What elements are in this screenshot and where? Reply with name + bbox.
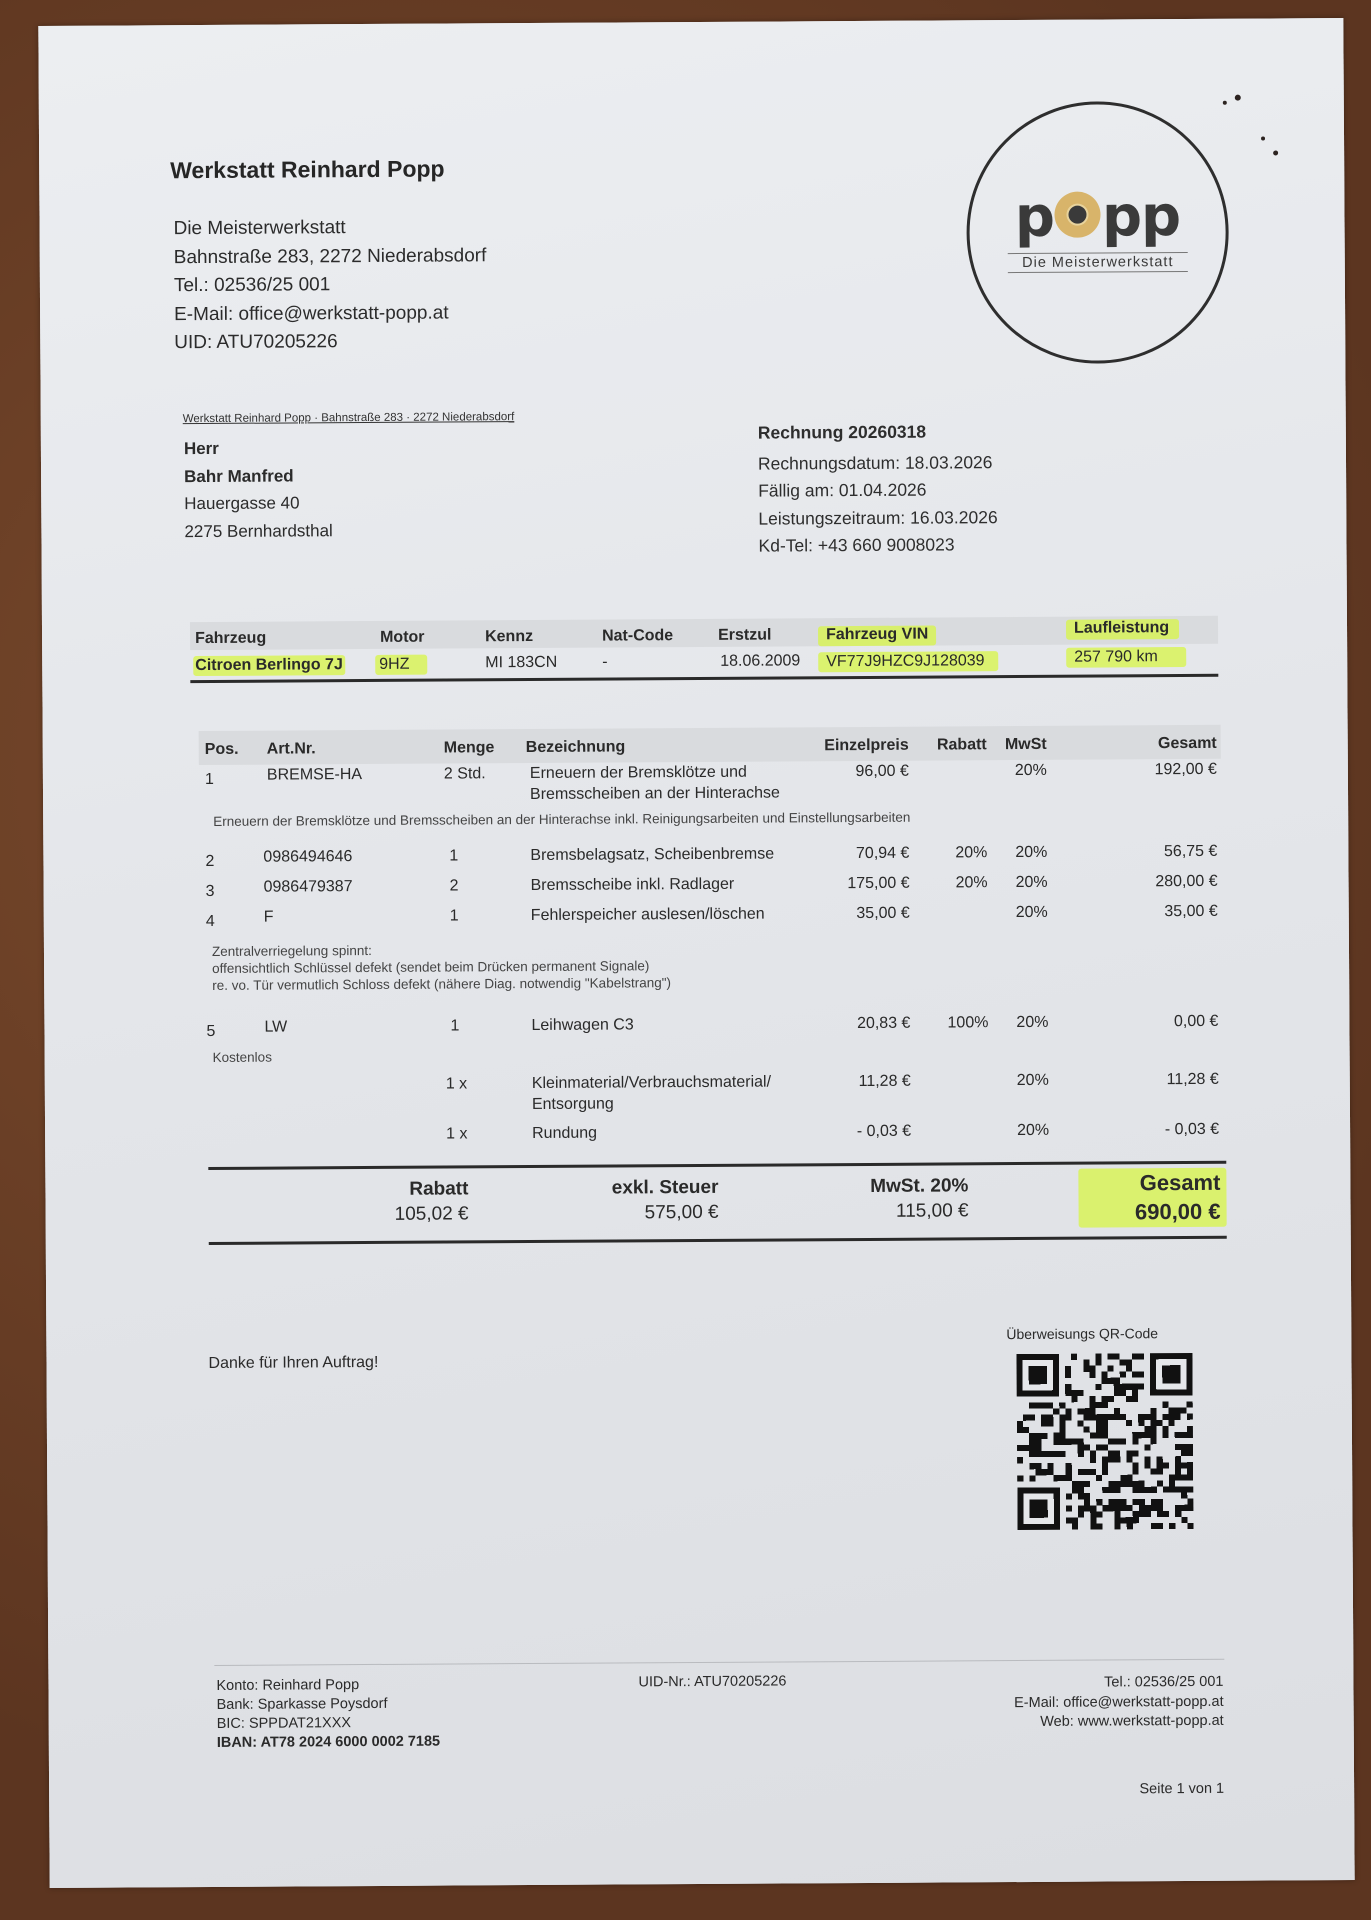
company-name: Werkstatt Reinhard Popp (170, 156, 445, 185)
item-note: Zentralverriegelung spinnt:offensichtlic… (212, 940, 671, 994)
sender-return-line: Werkstatt Reinhard Popp · Bahnstraße 283… (183, 411, 515, 425)
header-description: Bezeichnung (526, 738, 626, 757)
header-vat: MwSt (989, 736, 1047, 754)
total-gross-label: Gesamt (1084, 1170, 1220, 1197)
invoice-date: Rechnungsdatum: 18.03.2026 (758, 449, 997, 478)
vehicle-first-registration: 18.06.2009 (720, 652, 800, 670)
footer-bank: Bank: Sparkasse Poysdorf (217, 1695, 440, 1715)
item-note-line: re. vo. Tür vermutlich Schloss defekt (n… (212, 974, 671, 994)
invoice-due-date: Fällig am: 01.04.2026 (758, 476, 997, 505)
items-table: Pos. Art.Nr. Menge Bezeichnung Einzelpre… (199, 725, 1221, 765)
header-total: Gesamt (1079, 735, 1217, 754)
vehicle-engine: 9HZ (375, 655, 427, 675)
vehicle-plate: MI 183CN (485, 654, 557, 672)
total-net-label: exkl. Steuer (508, 1177, 718, 1200)
total-net: exkl. Steuer 575,00 € (508, 1177, 718, 1225)
staple-hole-mark (1261, 137, 1265, 141)
header-article: Art.Nr. (267, 740, 316, 758)
customer-phone: Kd-Tel: +43 660 9008023 (758, 531, 997, 560)
item-total: 56,75 € (1079, 843, 1217, 862)
invoice-paper: Werkstatt Reinhard Popp Die Meisterwerks… (38, 18, 1354, 1888)
item-description: Leihwagen C3 (531, 1016, 633, 1035)
vehicle-mileage: 257 790 km (1066, 647, 1186, 668)
item-pos: 4 (206, 913, 215, 931)
total-net-value: 575,00 € (509, 1202, 719, 1225)
item-note-line: Kostenlos (213, 1049, 272, 1066)
item-vat: 20% (990, 904, 1048, 922)
total-discount: Rabatt 105,02 € (298, 1178, 468, 1226)
vehicle-header-natcode: Nat-Code (602, 627, 673, 645)
invoice-service-period: Leistungszeitraum: 16.03.2026 (758, 504, 997, 533)
vehicle-table: Fahrzeug Motor Kennz Nat-Code Erstzul Fa… (190, 616, 1218, 683)
recipient-name: Bahr Manfred (184, 462, 333, 490)
item-note-line: Erneuern der Bremsklötze und Bremsscheib… (213, 809, 910, 830)
recipient-address: Herr Bahr Manfred Hauergasse 40 2275 Ber… (184, 434, 333, 545)
vehicle-header-plate: Kennz (485, 628, 533, 646)
header-discount: Rabatt (919, 736, 987, 754)
item-quantity: 1 (449, 847, 458, 865)
total-vat: MwSt. 20% 115,00 € (748, 1175, 968, 1223)
staple-hole-mark (1235, 95, 1241, 101)
brake-disc-icon (1055, 192, 1101, 238)
logo-letters: pp (1102, 184, 1181, 249)
totals-bar: Rabatt 105,02 € exkl. Steuer 575,00 € Mw… (208, 1161, 1226, 1245)
item-article-number: BREMSE-HA (267, 766, 362, 785)
item-quantity: 1 x (446, 1125, 467, 1143)
logo-wordmark: ppp (1005, 189, 1189, 246)
total-vat-label: MwSt. 20% (748, 1175, 968, 1198)
item-total: 192,00 € (1079, 761, 1217, 780)
table-row: 209864946461Bremsbelagsatz, Scheibenbrem… (199, 843, 1221, 849)
footer-uid: UID-Nr.: ATU70205226 (638, 1673, 786, 1690)
items-table-header: Pos. Art.Nr. Menge Bezeichnung Einzelpre… (199, 725, 1221, 765)
item-total: 0,00 € (1080, 1013, 1218, 1032)
footer-contact: Tel.: 02536/25 001 E-Mail: office@werkst… (928, 1673, 1223, 1733)
thank-you-note: Danke für Ihren Auftrag! (208, 1354, 378, 1373)
item-quantity: 1 x (446, 1075, 467, 1093)
header-pos: Pos. (205, 741, 239, 759)
table-row: 1 xKleinmaterial/Verbrauchsmaterial/11,2… (201, 1071, 1223, 1077)
item-description: Fehlerspeicher auslesen/löschen (531, 906, 765, 925)
company-tagline: Die Meisterwerkstatt (173, 213, 486, 243)
item-unit-price: 11,28 € (801, 1073, 911, 1092)
item-unit-price: 175,00 € (800, 875, 910, 894)
item-unit-price: 35,00 € (800, 905, 910, 924)
logo-letter: p (1015, 185, 1054, 250)
footer-web: Web: www.werkstatt-popp.at (929, 1712, 1224, 1733)
page-number: Seite 1 von 1 (1049, 1781, 1224, 1798)
item-unit-price: 96,00 € (799, 763, 909, 782)
item-vat: 20% (990, 1014, 1048, 1032)
vehicle-header-engine: Motor (380, 629, 425, 647)
item-total: 11,28 € (1081, 1071, 1219, 1090)
footer-bank-details: Konto: Reinhard Popp Bank: Sparkasse Poy… (216, 1676, 440, 1753)
item-article-number: 0986494646 (263, 848, 352, 867)
company-logo: ppp Die Meisterwerkstatt (966, 101, 1230, 365)
item-quantity: 1 (450, 1017, 459, 1035)
item-description-continued: Bremsscheiben an der Hinterachse (530, 784, 780, 804)
total-vat-value: 115,00 € (749, 1200, 969, 1223)
item-quantity: 2 Std. (444, 765, 486, 783)
table-row: 309864793872Bremsscheibe inkl. Radlager1… (200, 873, 1222, 879)
item-article-number: F (264, 909, 274, 927)
vehicle-header-model: Fahrzeug (195, 630, 266, 648)
company-phone: Tel.: 02536/25 001 (174, 270, 487, 300)
table-row: 1 xRundung- 0,03 €20%- 0,03 € (201, 1121, 1223, 1127)
payment-qr-code (1016, 1353, 1193, 1530)
header-unit-price: Einzelpreis (799, 737, 909, 756)
item-discount: 100% (920, 1014, 988, 1032)
item-quantity: 2 (450, 877, 459, 895)
item-vat: 20% (991, 1122, 1049, 1140)
logo-tagline: Die Meisterwerkstatt (1008, 252, 1188, 273)
item-vat: 20% (989, 844, 1047, 862)
company-address-block: Die Meisterwerkstatt Bahnstraße 283, 227… (173, 213, 487, 357)
item-quantity: 1 (450, 907, 459, 925)
footer-divider (214, 1659, 1224, 1666)
total-discount-value: 105,02 € (299, 1203, 469, 1226)
item-article-number: 0986479387 (264, 878, 353, 897)
invoice-title: Rechnung 20260318 (758, 418, 997, 447)
item-unit-price: 70,94 € (799, 845, 909, 864)
item-discount: 20% (919, 844, 987, 862)
item-description: Rundung (532, 1125, 597, 1143)
item-unit-price: - 0,03 € (801, 1123, 911, 1142)
total-gross-value: 690,00 € (1085, 1199, 1221, 1226)
item-note: Kostenlos (213, 1049, 272, 1066)
total-discount-label: Rabatt (298, 1178, 468, 1201)
item-note: Erneuern der Bremsklötze und Bremsscheib… (213, 809, 910, 830)
item-vat: 20% (990, 874, 1048, 892)
item-description: Erneuern der Bremsklötze und (530, 764, 747, 783)
company-email: E-Mail: office@werkstatt-popp.at (174, 299, 487, 329)
vehicle-header-mileage: Laufleistung (1066, 619, 1179, 640)
staple-hole-mark (1273, 150, 1278, 155)
vehicle-header-vin: Fahrzeug VIN (818, 626, 936, 647)
company-uid: UID: ATU70205226 (174, 327, 487, 357)
footer-phone: Tel.: 02536/25 001 (928, 1673, 1223, 1694)
footer-bic: BIC: SPPDAT21XXX (217, 1714, 440, 1734)
item-total: 35,00 € (1080, 903, 1218, 922)
vehicle-table-row: Citroen Berlingo 7J 9HZ MI 183CN - 18.06… (190, 644, 1218, 683)
vehicle-vin: VF77J9HZC9J128039 (818, 651, 998, 672)
item-article-number: LW (264, 1019, 287, 1037)
item-pos: 3 (206, 883, 215, 901)
item-unit-price: 20,83 € (800, 1015, 910, 1034)
item-description: Kleinmaterial/Verbrauchsmaterial/ (532, 1074, 771, 1093)
table-row: 4F1Fehlerspeicher auslesen/löschen35,00 … (200, 903, 1222, 909)
vehicle-model: Citroen Berlingo 7J (193, 655, 345, 676)
item-pos: 5 (206, 1023, 215, 1041)
footer-email: E-Mail: office@werkstatt-popp.at (929, 1692, 1224, 1713)
item-total: - 0,03 € (1081, 1121, 1219, 1140)
item-description: Bremsscheibe inkl. Radlager (531, 876, 735, 895)
company-address: Bahnstraße 283, 2272 Niederabsdorf (174, 242, 487, 272)
item-description-continued: Entsorgung (532, 1096, 614, 1114)
vehicle-natcode: - (602, 654, 607, 672)
item-discount: 20% (920, 874, 988, 892)
item-vat: 20% (989, 762, 1047, 780)
recipient-city: 2275 Bernhardsthal (184, 517, 333, 545)
item-vat: 20% (991, 1072, 1049, 1090)
item-description: Bremsbelagsatz, Scheibenbremse (530, 846, 774, 865)
recipient-salutation: Herr (184, 434, 333, 462)
item-pos: 1 (205, 771, 214, 789)
header-quantity: Menge (444, 739, 495, 757)
item-total: 280,00 € (1080, 873, 1218, 892)
total-gross: Gesamt 690,00 € (1078, 1168, 1226, 1228)
item-pos: 2 (205, 853, 214, 871)
recipient-street: Hauergasse 40 (184, 489, 333, 517)
footer-iban: IBAN: AT78 2024 6000 0002 7185 (217, 1733, 440, 1753)
footer-account: Konto: Reinhard Popp (216, 1676, 439, 1696)
invoice-meta: Rechnung 20260318 Rechnungsdatum: 18.03.… (758, 418, 998, 560)
vehicle-header-first-reg: Erstzul (718, 627, 771, 645)
table-row: 5LW1Leihwagen C320,83 €100%20%0,00 € (200, 1013, 1222, 1019)
staple-hole-mark (1223, 101, 1227, 105)
qr-code-label: Überweisungs QR-Code (1006, 1325, 1158, 1342)
